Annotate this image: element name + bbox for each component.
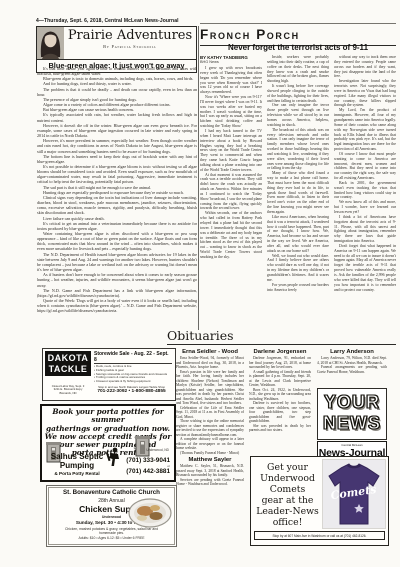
article-paragraph: However, it doesn't die off in the winte… <box>37 123 197 138</box>
your-news-word: NEWS <box>318 413 386 434</box>
column-text: I grew up with news broadcasts every wee… <box>200 66 262 260</box>
phone-number: (701) 333-9041 <box>126 457 170 464</box>
church-name: St. Bonaventure Catholic Church <box>47 489 176 496</box>
obituary-paragraph: Erna's passion in life were her family a… <box>176 370 244 406</box>
salhus-septic-ad: Book your porta potties for summergather… <box>40 404 176 482</box>
obituary-erna-and-matthew: Erna Seidler - Wood Erna Seidler-Wood, 9… <box>176 347 244 553</box>
article-paragraph: Back in 2001, the government wasn't even… <box>334 181 396 200</box>
obituary-paragraph: A complete obituary will appear in a lat… <box>176 437 244 451</box>
dakota-tackle-logo: DAKOTA TACKLE <box>45 351 91 376</box>
article-paragraph: Many of those who died found a way to ma… <box>267 171 329 215</box>
ad-text-line: Get your <box>253 462 322 473</box>
obituary-larry: Larry Anderson Larry Anderson, 79, Wilto… <box>317 347 387 387</box>
article-paragraph: As if hunters don't have enough to be co… <box>37 272 197 287</box>
obituary-name: Matthew Sayler <box>176 457 244 463</box>
obituary-paragraph: Matthew C. Sayler, 51, Bismarck, N.D. pa… <box>176 464 244 478</box>
business-name-line: Pumping <box>46 462 108 471</box>
dinner-plate-image <box>128 497 172 534</box>
newspaper-page: 4—Thursday, Sept. 6, 2018, Central McLea… <box>0 0 400 567</box>
article-paragraph: I grew up with news broadcasts every wee… <box>200 66 262 95</box>
columnist-photo <box>37 27 64 59</box>
store-address: Closed Labor Day, Sept. 33211 E. Bismarc… <box>45 385 91 396</box>
article-paragraph: It's typically associated with rain, hot… <box>37 112 197 122</box>
folio-line: 4—Thursday, Sept. 6, 2018, Central McLea… <box>36 18 179 24</box>
fronch-headline: Never forget the terrorist acts of 9-11 <box>200 43 396 52</box>
business-name: Salhus Septic Pumping & Porta Potty Rent… <box>46 453 108 476</box>
article-paragraph: The N.D. Department of Health issued blu… <box>37 252 197 273</box>
article-paragraph: It's critical to get an animal into a ve… <box>37 221 197 231</box>
article-paragraph: We now know all of this and more, but I … <box>334 200 396 215</box>
column-title: Prairie Adventures <box>64 29 196 43</box>
your-news-word: YOUR <box>318 392 386 413</box>
sale-bullet-list: Rods, reels, combos & lineFishing tackle… <box>94 365 172 384</box>
article-paragraph: The broadcast of this attack was on ever… <box>267 128 329 172</box>
obituary-paragraph: Those wishing to sign the online memoria… <box>176 419 244 437</box>
article-paragraph: Don't forget that what happened in Ameri… <box>334 244 396 292</box>
business-name-line: & Porta Potty Rental <box>46 471 108 476</box>
prairie-article-body: It's that time of the year again – time … <box>37 66 197 346</box>
obituary-text: Darlene Jorgensen, 91, embarked on her f… <box>249 356 311 433</box>
ad-text-line: Underwood <box>253 473 322 484</box>
article-paragraph: At that moment it was assumed the crash … <box>200 173 262 212</box>
article-paragraph: However, it's more prevalent in summer, … <box>37 138 197 153</box>
article-paragraph: It's not possible to determine if a blue… <box>37 164 197 185</box>
logo-word: TACKLE <box>45 364 91 375</box>
article-paragraph: One can only imagine the terror those pe… <box>267 103 329 127</box>
article-paragraph: The N.D. Game and Fish Department has a … <box>37 288 197 298</box>
section-title: Fronch Porch <box>200 27 300 42</box>
article-paragraph: The problem is that it could be deadly –… <box>37 87 197 97</box>
article-paragraph: It's that time of the year again – time … <box>37 66 197 76</box>
obituary-paragraph: Services are pending with Goetz Funeral … <box>176 478 244 487</box>
obituary-paragraph: A small gathering of family and friends … <box>249 370 311 388</box>
article-paragraph: For years people crossed our borders int… <box>267 283 329 293</box>
article-paragraph: Now it's 'Where were you on 9-11?' I'll … <box>200 95 262 129</box>
obituary-paragraph: Born Oct. 24, 1922, in Underwood, N.D., … <box>249 388 311 402</box>
article-paragraph: I had my back turned to the TV when I he… <box>200 129 262 173</box>
obituary-name: Darlene Jorgensen <box>249 349 311 355</box>
article-paragraph: I think a lot of Americans have forgotte… <box>334 215 396 244</box>
ad-text: Get yourUnderwoodCometsgear at theLeader… <box>253 459 322 529</box>
fronch-article-columns: BY KATHY TANDBERG BHG News I grew up wit… <box>200 55 396 330</box>
article-paragraph: My Lord, I'm the product of immigrants. … <box>334 108 396 152</box>
obituary-name: Larry Anderson <box>317 349 387 355</box>
article-paragraph: Water containing blue-green algae is oft… <box>37 231 197 252</box>
obituary-paragraph: Celebration of the Life of Erna Seidler … <box>176 406 244 420</box>
script-line: Book your porta potties for summer <box>42 408 174 425</box>
ad-location: Underwood, ND <box>146 448 169 452</box>
dakota-tackle-ad: DAKOTA TACKLE Storewide Sale - Aug. 22 -… <box>42 348 176 401</box>
obituary-paragraph: Darlene is survived by two brothers, one… <box>249 401 311 424</box>
section-rule <box>200 23 396 24</box>
article-paragraph: Investigation later found who the terror… <box>334 79 396 108</box>
event-prices: Adults: $10 • Ages 6-12: $5 • Under 6 FR… <box>47 536 176 540</box>
plumber-icon <box>106 447 122 472</box>
article-paragraph: It wasn't long before live coverage show… <box>267 84 329 103</box>
obituary-text: Erna Seidler-Wood, 94, formerly of Minot… <box>176 356 244 455</box>
obituary-paragraph: Larry Anderson, 79, Wilton, N.D. died Se… <box>317 356 387 365</box>
article-paragraph: Within seconds, one of the anchors who h… <box>200 211 262 259</box>
obituary-paragraph: She was preceded in death by her parents… <box>249 424 311 433</box>
obituary-paragraph: (Thomas Family Funeral Home - Minot) <box>176 451 244 456</box>
fronch-column-3: without any way to track them once they … <box>334 55 396 330</box>
article-paragraph: Quote of the Week: 'Dogs will get in a b… <box>37 298 197 313</box>
author-credit: BHG News <box>200 60 262 64</box>
ad-text-line: gear at the <box>253 495 322 506</box>
phone-number: (701) 442-3881 <box>126 468 170 475</box>
obituary-darlene: Darlene Jorgensen Darlene Jorgensen, 91,… <box>249 347 311 453</box>
portrait-image <box>37 27 64 59</box>
article-paragraph: without any way to track them once they … <box>334 55 396 79</box>
article-paragraph: Like most Americans, when hearing that i… <box>267 215 329 254</box>
church-supper-ad: St. Bonaventure Catholic Church 28th Ann… <box>46 485 177 547</box>
phone-block: (701) 333-9041 or (701) 442-3881 <box>126 457 170 475</box>
obituary-name: Erna Seidler - Wood <box>176 349 244 355</box>
ad-text-line: Leader-News <box>253 506 322 517</box>
ad-footer-contact: Stop by at 607 Main Ave in Washburn or c… <box>254 531 385 540</box>
article-paragraph: Well, we found out who would dare. And I… <box>267 254 329 283</box>
address-line: Bismarck, ND <box>45 392 91 396</box>
obituary-paragraph: Erna Seidler-Wood, 94, formerly of Minot… <box>176 356 244 370</box>
article-paragraph: The bottom line is hunters need to keep … <box>37 154 197 164</box>
sale-banner: Storewide Sale - Aug. 22 - Sept. 8 <box>94 351 172 364</box>
store-phone: 701-222-3092 • 1-800-880-4855 <box>91 389 172 394</box>
column-byline: By Patricia Stockdill <box>64 44 196 49</box>
article-paragraph: Of course I know that most people wantin… <box>334 152 396 181</box>
obituary-paragraph: Darlene Jorgensen, 91, embarked on her f… <box>249 356 311 370</box>
tshirt-photo: Comets <box>322 459 386 529</box>
ad-text-line: Comets <box>253 484 322 495</box>
fronch-column-2: Inside, workers were probably settling i… <box>267 55 329 330</box>
logo-word: DAKOTA <box>45 353 91 364</box>
obituary-text: Larry Anderson, 79, Wilton, N.D. died Se… <box>317 356 387 374</box>
obituary-paragraph: Funeral arrangements are pending with Go… <box>317 365 387 374</box>
fronch-column-1: BY KATHY TANDBERG BHG News I grew up wit… <box>200 55 262 330</box>
obituary-text: Matthew C. Sayler, 51, Bismarck, N.D. pa… <box>176 464 244 487</box>
ad-text-line: office! <box>253 517 322 528</box>
comets-gear-ad: Get yourUnderwoodCometsgear at theLeader… <box>250 456 389 546</box>
article-paragraph: Inside, workers were probably settling i… <box>267 55 329 84</box>
your-news-house-ad: YOUR NEWS <box>317 388 387 440</box>
obituaries-header: Obituaries <box>167 328 396 345</box>
sale-bullet: Closeout specials & fly fishing equipmen… <box>94 380 172 384</box>
article-paragraph: Clinical signs vary depending on the tox… <box>37 195 197 216</box>
column-divider <box>198 26 199 330</box>
